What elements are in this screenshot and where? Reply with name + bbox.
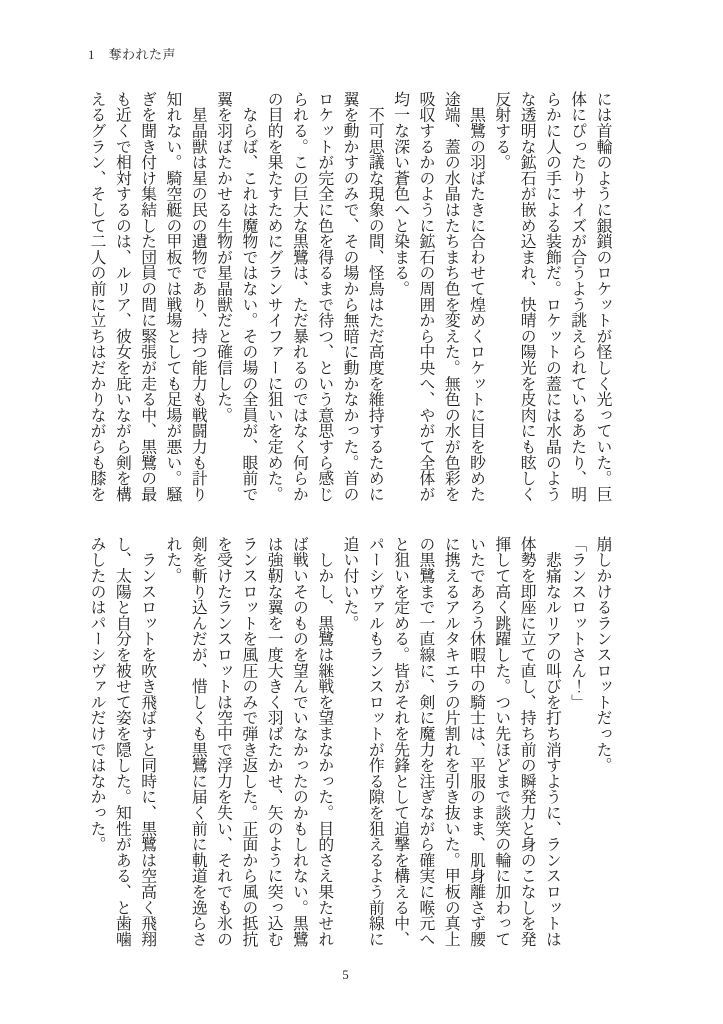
text-column: ならば、これは魔物ではない。その場の全員が、眼前で: [236, 91, 261, 511]
text-column: 翼を羽ばたかせる生物が星晶獣だと確信した。: [210, 91, 235, 511]
text-column: 体勢を即座に立て直し、持ち前の瞬発力と身のこなしを発: [514, 536, 539, 956]
text-column: 「ランスロットさん！」: [564, 536, 589, 956]
text-column: みしたのはパーシヴァルだけではなかった。: [84, 536, 109, 956]
text-column: ランスロットを風圧のみで弾き返した。正面から風の抵抗: [236, 536, 261, 956]
text-column: ぎを聞き付け集結した団員の間に緊張が走る中、黒鷺の最: [134, 91, 159, 511]
text-column: いたであろう休暇中の騎士は、平服のまま、肌身離さず腰: [463, 536, 488, 956]
text-column: 星晶獣は星の民の遺物であり、持つ能力も戦闘力も計り: [185, 91, 210, 511]
text-column: は強靭な翼を一度大きく羽ばたかせ、矢のように突っ込む: [261, 536, 286, 956]
text-column: れた。: [160, 536, 185, 956]
text-column: 均一な深い蒼色へと染まる。: [387, 91, 412, 511]
text-column: ば戦いそのものを望んでいなかったのかもしれない。黒鷺: [286, 536, 311, 956]
text-column: えるグラン、そして二人の前に立ちはだかりながらも膝を: [84, 91, 109, 511]
text-column: に携えるアルタキエラの片割れを引き抜いた。甲板の真上: [438, 536, 463, 956]
text-column: の黒鷺まで一直線に、剣に魔力を注ぎながら確実に喉元へ: [413, 536, 438, 956]
text-column: パーシヴァルもランスロットが作る隙を狙えるよう前線に: [362, 536, 387, 956]
text-column: しかし、黒鷺は継戦を望まなかった。目的さえ果たせれ: [311, 536, 336, 956]
text-column: 不可思議な現象の間、怪鳥はただ高度を維持するために: [362, 91, 387, 511]
text-column: 体にぴったりサイズが合うよう誂えられているあたり、明: [564, 91, 589, 511]
text-column: と狙いを定める。皆がそれを先鋒として追撃を構える中、: [387, 536, 412, 956]
text-block-upper: には首輪のように銀鎖のロケットが怪しく光っていた。巨体にぴったりサイズが合うよう…: [84, 91, 615, 511]
text-column: には首輪のように銀鎖のロケットが怪しく光っていた。巨: [590, 91, 615, 511]
chapter-header: 1 奪われた声: [88, 44, 176, 63]
text-column: 剣を斬り込んだが、惜しくも黒鷺に届く前に軌道を逸らさ: [185, 536, 210, 956]
text-column: 揮して高く跳躍した。つい先ほどまで談笑の輪に加わって: [489, 536, 514, 956]
text-column: 崩しかけるランスロットだった。: [590, 536, 615, 956]
text-column: 追い付いた。: [337, 536, 362, 956]
text-column: 翼を動かすのみで、その場から無暗に動かなかった。首の: [337, 91, 362, 511]
text-column: を受けたランスロットは空中で浮力を失い、それでも氷の: [210, 536, 235, 956]
text-column: ランスロットを吹き飛ばすと同時に、黒鷺は空高く飛翔: [134, 536, 159, 956]
text-column: も近くで相対するのは、ルリア、彼女を庇いながら剣を構: [109, 91, 134, 511]
page-number: 5: [0, 967, 723, 983]
text-column: 反射する。: [489, 91, 514, 511]
book-page: 1 奪われた声 には首輪のように銀鎖のロケットが怪しく光っていた。巨体にぴったり…: [0, 0, 723, 1024]
text-column: 知れない。騎空艇の甲板では戦場としても足場が悪い。騒: [160, 91, 185, 511]
text-column: らかに人の手による装飾だ。ロケットの蓋には水晶のよう: [539, 91, 564, 511]
text-column: な透明な鉱石が嵌め込まれ、快晴の陽光を皮肉にも眩しく: [514, 91, 539, 511]
text-column: し、太陽と自分を被せて姿を隠した。知性がある、と歯噛: [109, 536, 134, 956]
text-column: られる。この巨大な黒鷺は、ただ暴れるのではなく何らか: [286, 91, 311, 511]
text-column: 黒鷺の羽ばたきに合わせて煌めくロケットに目を眇めた: [463, 91, 488, 511]
text-block-lower: 崩しかけるランスロットだった。「ランスロットさん！」 悲痛なルリアの叫びを打ち消…: [84, 536, 615, 956]
text-column: 悲痛なルリアの叫びを打ち消すように、ランスロットは: [539, 536, 564, 956]
text-column: 途端、蓋の水晶はたちまち色を変えた。無色の水が色彩を: [438, 91, 463, 511]
text-column: ロケットが完全に色を得るまで待つ、という意思すら感じ: [311, 91, 336, 511]
text-column: 吸収するかのように鉱石の周囲から中央へ、やがて全体が: [413, 91, 438, 511]
text-column: の目的を果たすためにグランサイファーに狙いを定めた。: [261, 91, 286, 511]
